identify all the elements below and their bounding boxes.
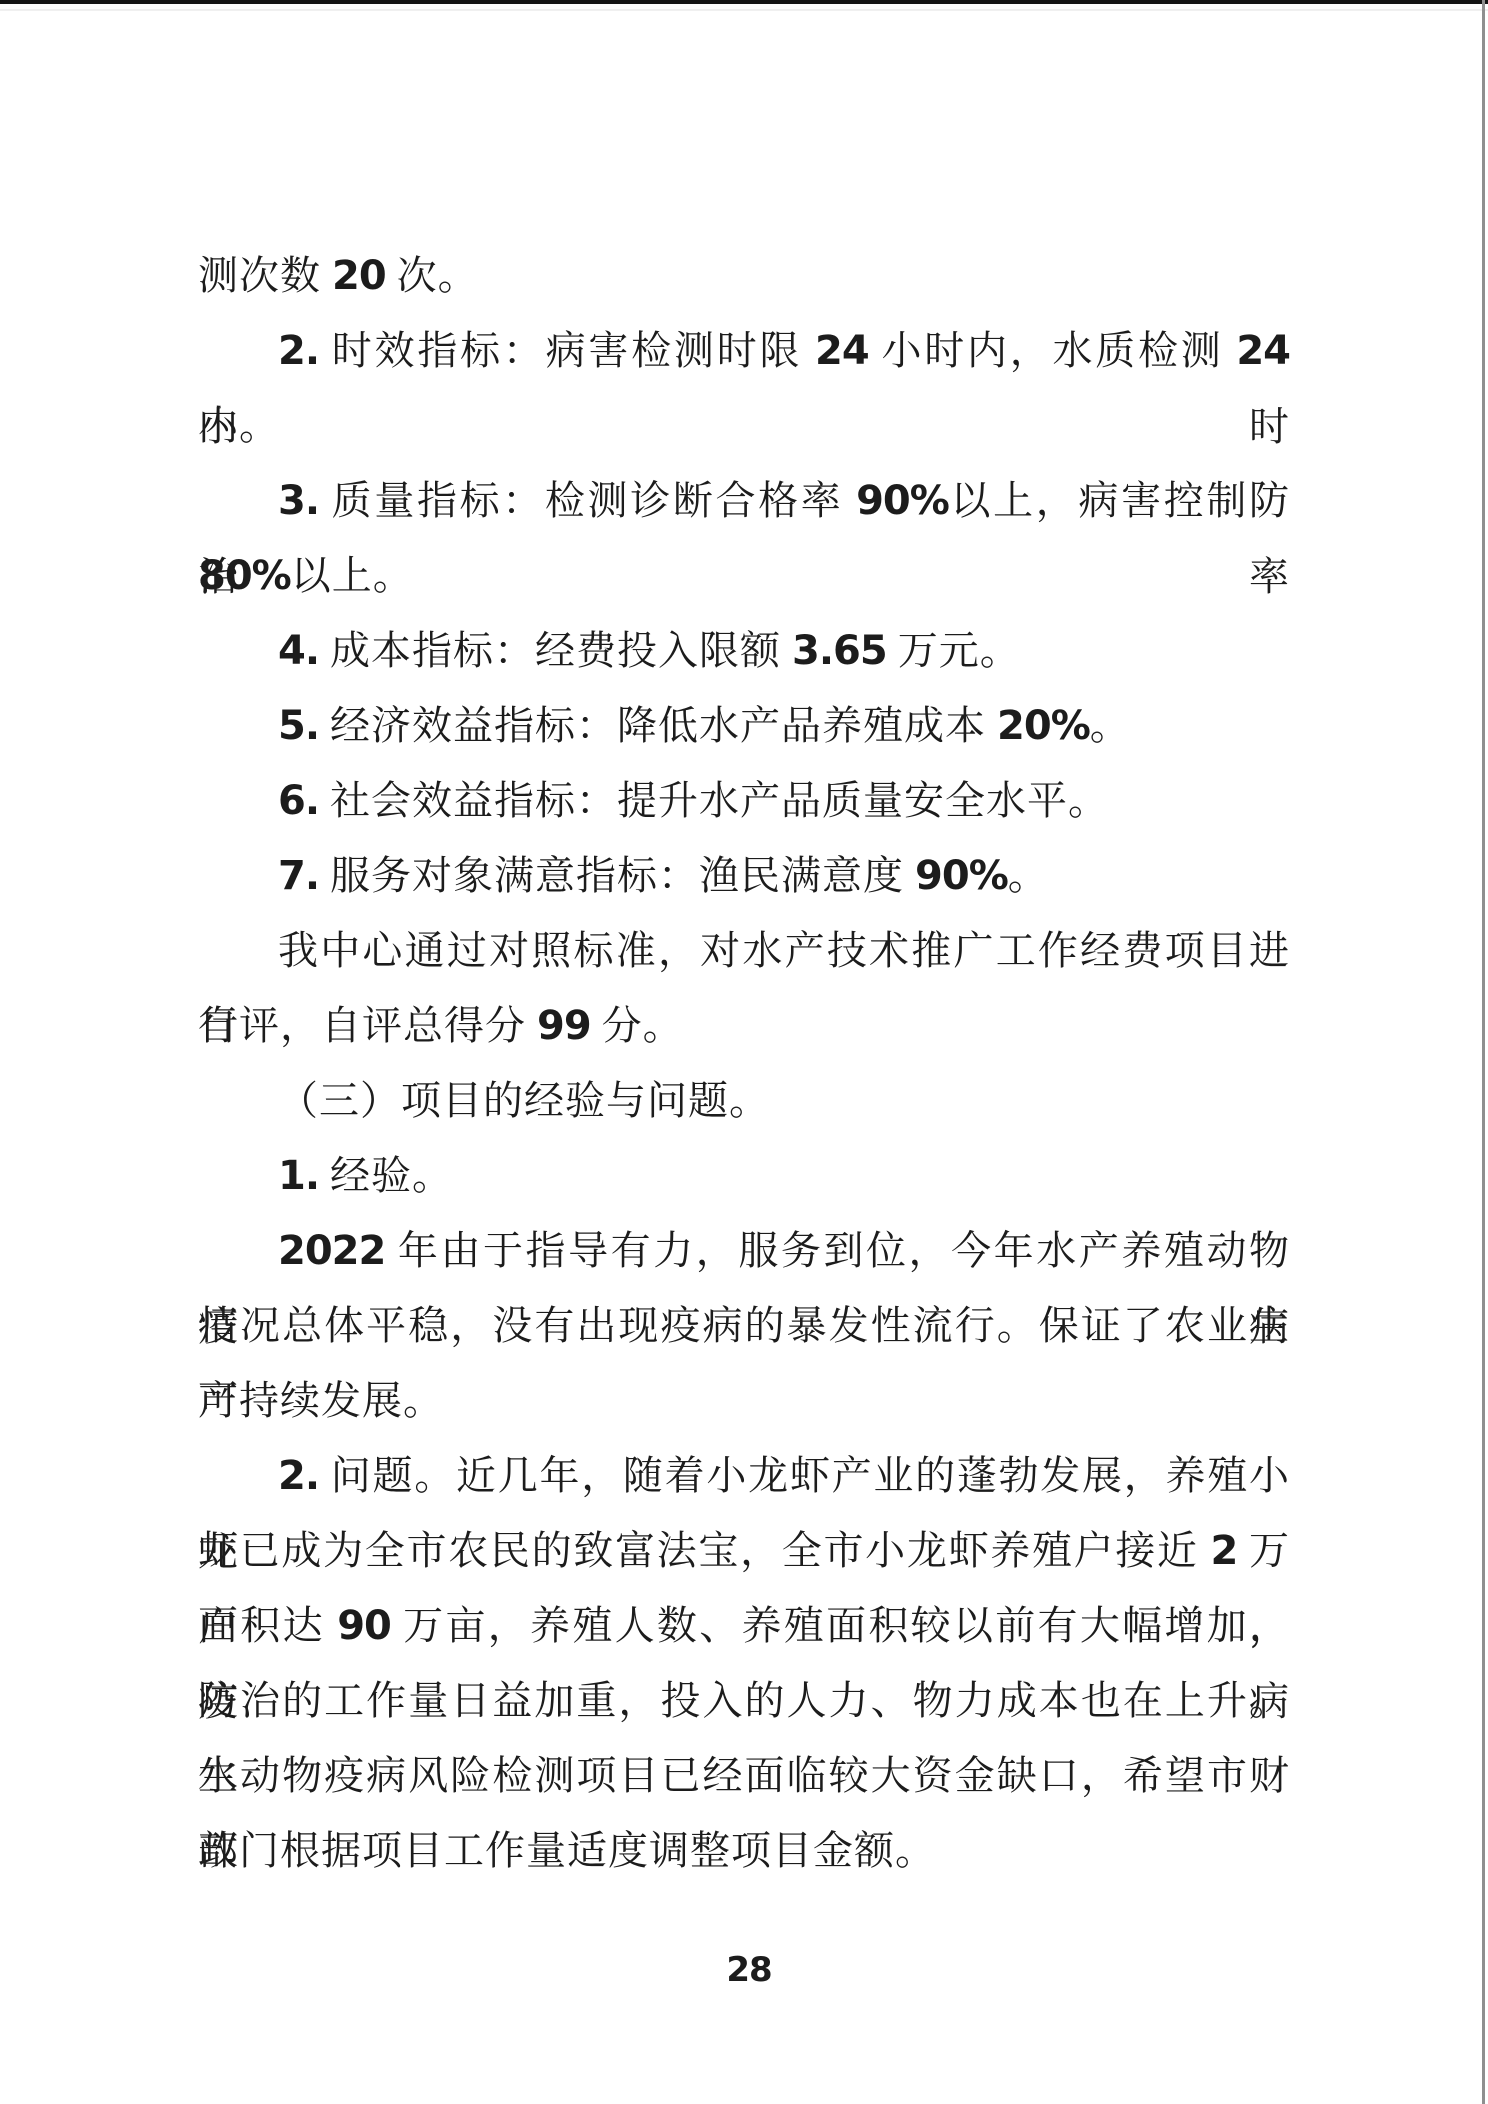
document-body: 测次数 20 次。 2. 时效指标：病害检测时限 24 小时内，水质检测 24 … xyxy=(198,238,1290,1888)
text-line: 3. 质量指标：检测诊断合格率 90%以上，病害控制防治率 xyxy=(198,463,1290,538)
text-line: 6. 社会效益指标：提升水产品质量安全水平。 xyxy=(198,763,1290,838)
text-line: 情况总体平稳，没有出现疫病的暴发性流行。保证了农业生产 xyxy=(198,1288,1290,1363)
text-line: 1. 经验。 xyxy=(198,1138,1290,1213)
text-line: 面积达 90 万亩，养殖人数、养殖面积较以前有大幅增加，疫病 xyxy=(198,1588,1290,1663)
text-line: 自评，自评总得分 99 分。 xyxy=(198,988,1290,1063)
text-line: 2022 年由于指导有力，服务到位，今年水产养殖动物疫病 xyxy=(198,1213,1290,1288)
text-line: 5. 经济效益指标：降低水产品养殖成本 20%。 xyxy=(198,688,1290,763)
text-line: 生动物疫病风险检测项目已经面临较大资金缺口，希望市财政 xyxy=(198,1738,1290,1813)
page-number: 28 xyxy=(0,1945,1488,1996)
text-line: 7. 服务对象满意指标：渔民满意度 90%。 xyxy=(198,838,1290,913)
document-page: 测次数 20 次。 2. 时效指标：病害检测时限 24 小时内，水质检测 24 … xyxy=(0,0,1488,2104)
scan-right-edge-line xyxy=(1482,0,1485,2104)
text-line: 4. 成本指标：经费投入限额 3.65 万元。 xyxy=(198,613,1290,688)
text-line: 2. 时效指标：病害检测时限 24 小时内，水质检测 24 小时 xyxy=(198,313,1290,388)
scan-top-border xyxy=(0,0,1488,4)
text-line: 虾已成为全市农民的致富法宝，全市小龙虾养殖户接近 2 万户， xyxy=(198,1513,1290,1588)
text-line: 可持续发展。 xyxy=(198,1363,1290,1438)
text-line: 我中心通过对照标准，对水产技术推广工作经费项目进行 xyxy=(198,913,1290,988)
text-line: 测次数 20 次。 xyxy=(198,238,1290,313)
text-line: 防治的工作量日益加重，投入的人力、物力成本也在上升。水 xyxy=(198,1663,1290,1738)
text-line: 2. 问题。近几年，随着小龙虾产业的蓬勃发展，养殖小龙 xyxy=(198,1438,1290,1513)
scan-top-hairline xyxy=(0,9,1488,11)
text-line: 部门根据项目工作量适度调整项目金额。 xyxy=(198,1813,1290,1888)
text-line: （三）项目的经验与问题。 xyxy=(198,1063,1290,1138)
